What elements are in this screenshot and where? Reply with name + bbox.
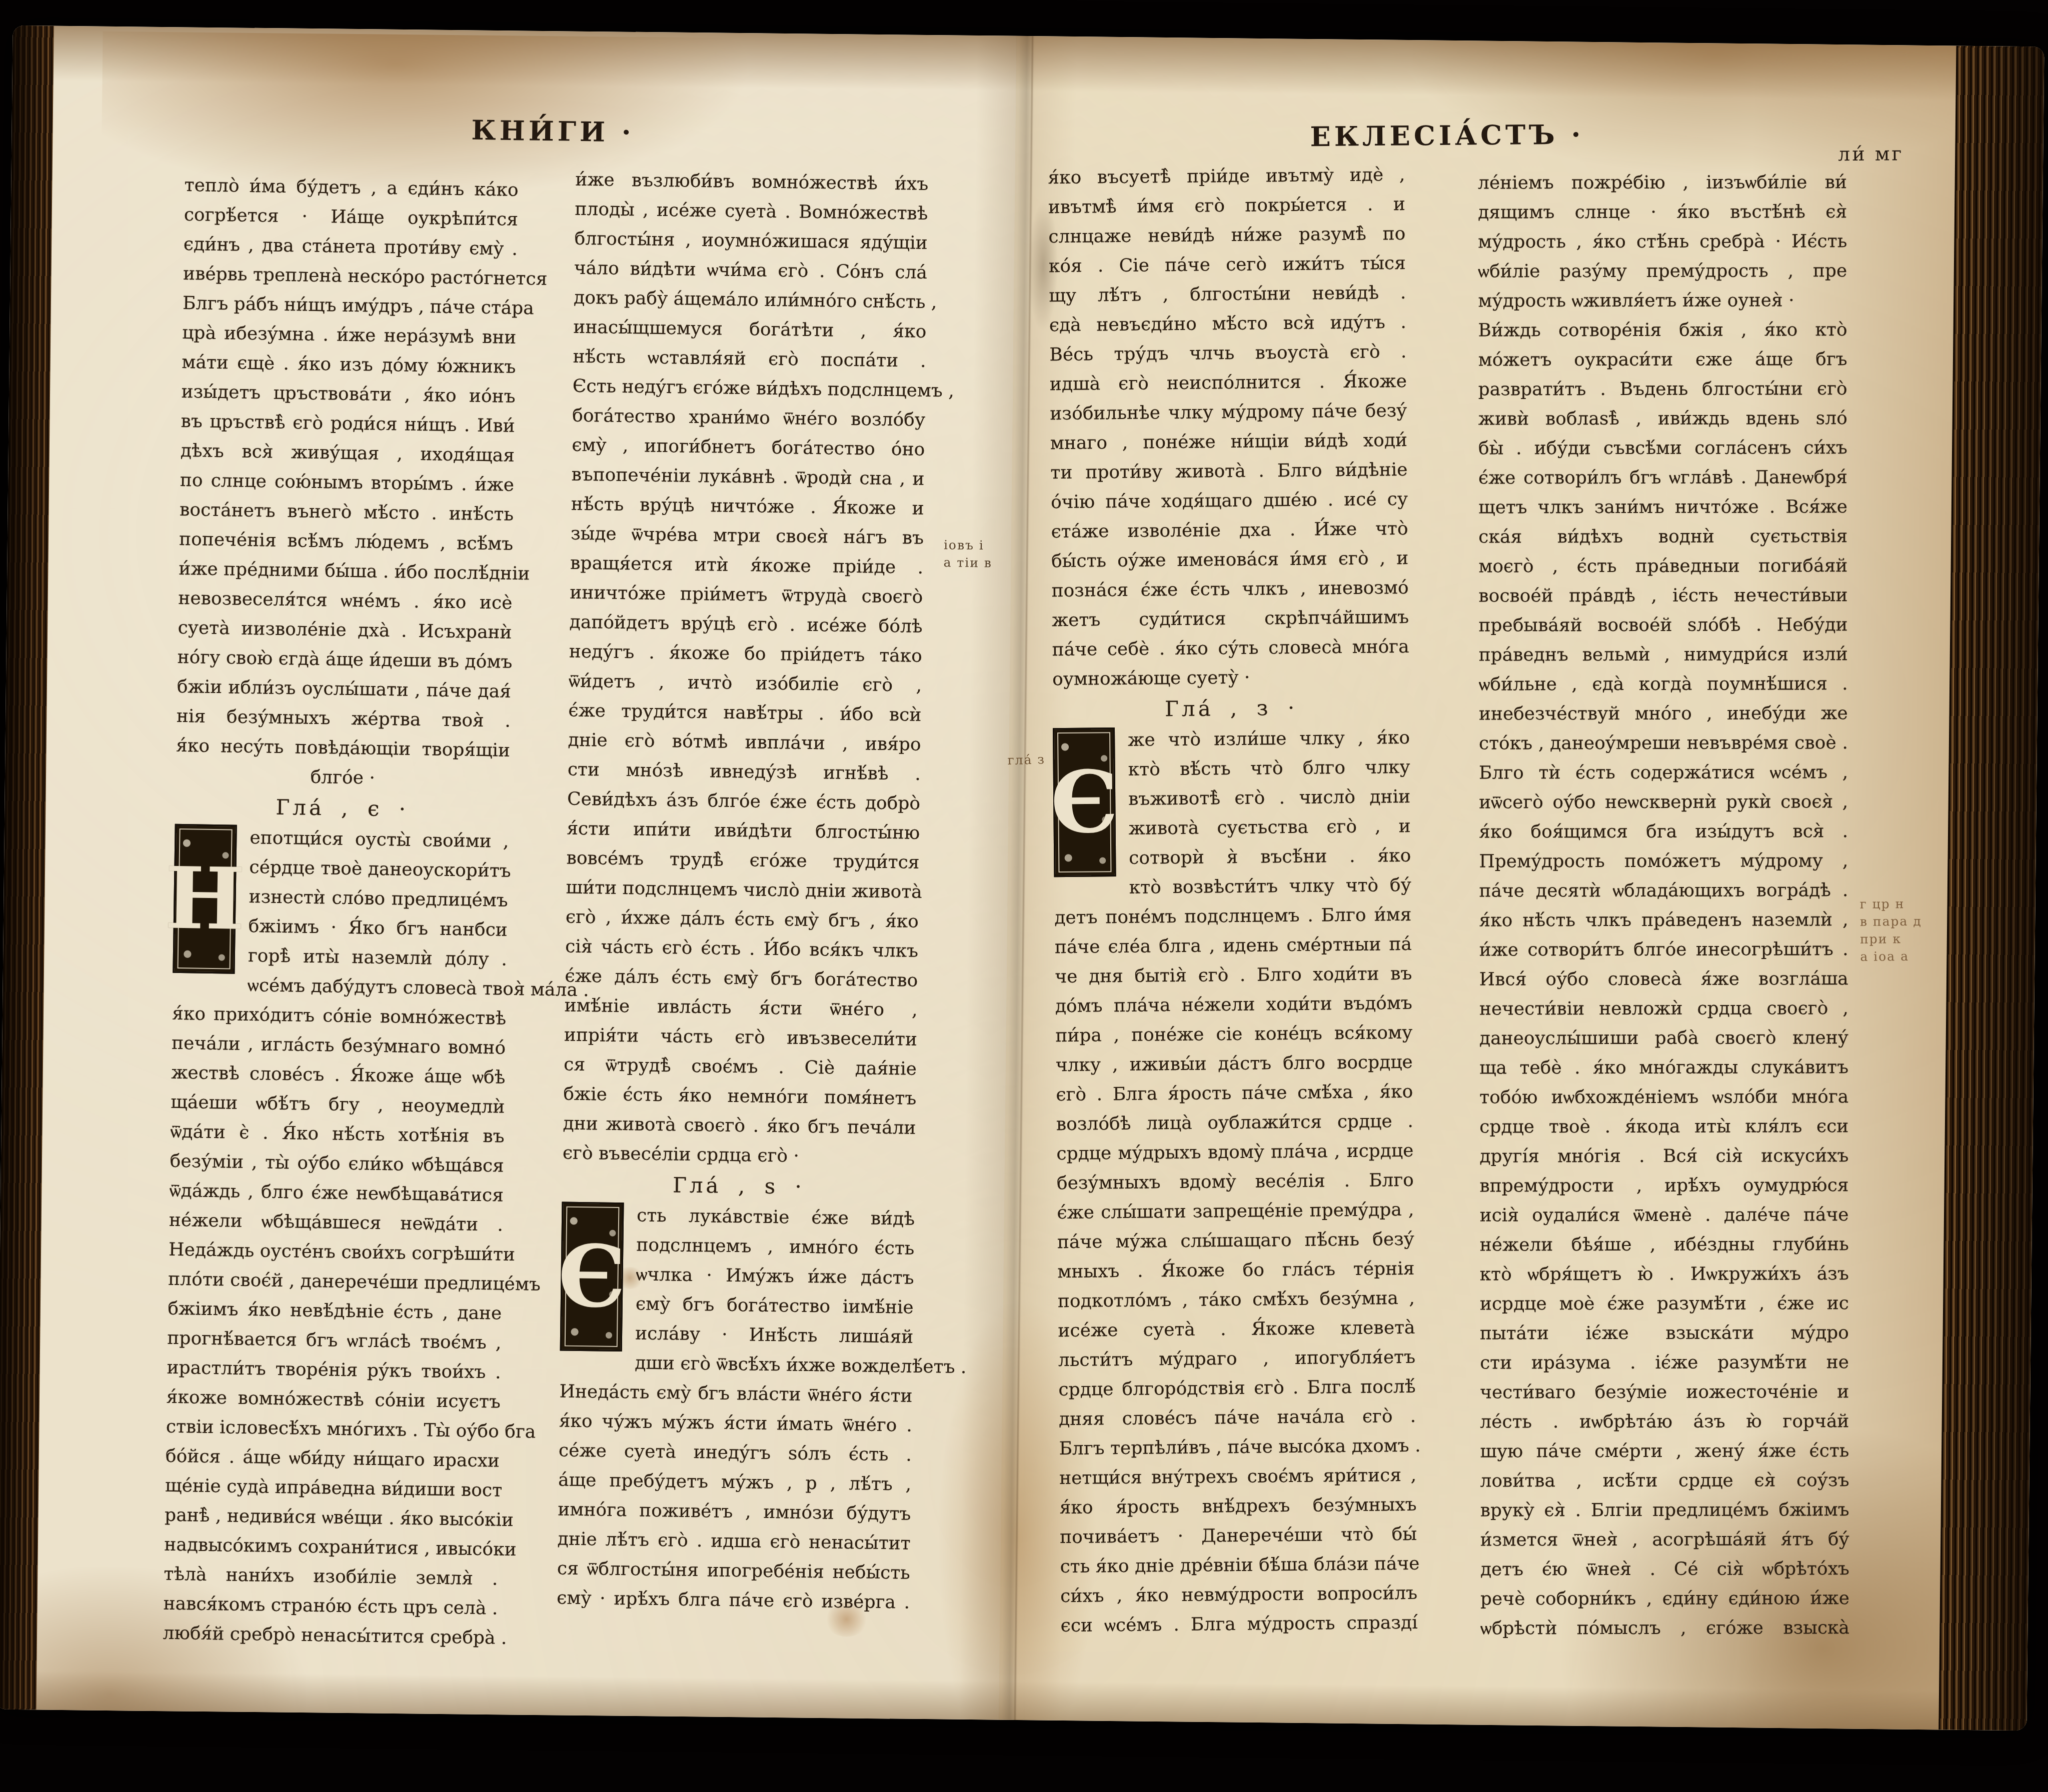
text-line: печа́ли , игла́сть безу́мнаго вомно́: [172, 1028, 506, 1063]
margin-note-line: при к: [1860, 930, 1922, 948]
text-line: ивътмѣ̀ и́мя єго̀ покры́ется . и: [1048, 189, 1405, 222]
text-line: бжіи ибли́зъ оуслы́шати , па́че дая́: [177, 672, 511, 706]
text-line: срдце твоѐ . я́кода иты̀ кля́лъ єси: [1479, 1111, 1848, 1141]
text-line: єси ѡсе́мъ . Блга му́дрость спразді́: [1060, 1608, 1417, 1640]
text-line: я́ко я́рость внѣ́дрехъ безу́мныхъ: [1059, 1490, 1416, 1522]
text-line: ма́ти єщѐ . я́ко изъ до́му ю́жникъ: [182, 347, 516, 382]
text-line: лови́тва , исѣ́ти срдце єя̀ соу́зъ: [1480, 1465, 1849, 1495]
chapter-heading: Гла́ , з ·: [1052, 691, 1410, 726]
text-line: идша̀ єго̀ неиспо́лнится . Я́коже: [1050, 366, 1407, 399]
decorated-initial-letter: Н: [173, 824, 237, 974]
text-line: льсти́тъ му́драго , ипогубля́етъ: [1058, 1342, 1415, 1375]
text-line: плоды̀ , исе́же суета̀ . Вомно́жествѣ: [575, 194, 928, 228]
text-line: бжіе є́сть я́ко немно́ги помя́нетъ: [563, 1079, 917, 1113]
text-line: я́ко нѣ́сть члкъ пра́веденъ наземлѝ ,: [1479, 905, 1848, 935]
text-line: пыта́ти іє́же взыска́ти му́дро: [1480, 1318, 1849, 1348]
text-line: безу́мныхъ вдому̀ весе́лія . Блго: [1057, 1165, 1414, 1198]
text-line: Ився́ оу́бо словеса̀ я́же возгла́ша: [1479, 964, 1848, 994]
text-line: зы́де ѿчре́ва мтри своєя̀ на́гъ въ: [571, 519, 924, 553]
text-line: бы̀ . ибу́ди съвсѣ́ми согла́сенъ си́хъ: [1478, 433, 1847, 463]
text-line: чести́ваго безу́міе иожесточе́ніе и: [1480, 1377, 1849, 1407]
text-line: я́ко несу́ть повѣда́ющіи творя́щіи: [176, 731, 511, 765]
text-line: ѡсе́мъ дабу́дутъ словеса̀ твоя̀ ма́ла .: [173, 969, 507, 1004]
text-line: нечести́віи невложѝ срдца своєго̀ ,: [1479, 993, 1848, 1023]
text-line: любя́й сребро̀ ненасы́тится сребра̀ .: [163, 1618, 497, 1653]
text-line: не́жели ѡбѣща́вшеся неѿда́ти .: [169, 1205, 504, 1240]
text-line: безу́міи , ты̀ оу́бо єли́ко ѡбѣща́вся: [170, 1146, 504, 1181]
text-line: я́ко прихо́дитъ со́ніе вомно́жествѣ: [172, 999, 507, 1033]
text-line: имѣ́ніе ивла́сть я́сти ѿне́го ,: [564, 991, 918, 1025]
text-line: живѝ воблаѕѣ̀ , иви́ждь вдень ѕло́: [1478, 403, 1847, 433]
text-line: єди́нъ , два ста́нета проти́ву єму̀ .: [184, 229, 518, 264]
text-line: ча́ло ви́дѣти ѡчи́ма єго̀ . Со́нъ сла́: [574, 253, 928, 287]
text-line: ска́я ви́дѣхъ воднѝ суєтьствія: [1478, 521, 1847, 551]
text-line: Инеда́сть єму̀ бгъ вла́сти ѿне́го я́сти: [559, 1376, 913, 1410]
text-line: нѣ́сть вру́цѣ ничто́же . Я́коже и: [571, 489, 924, 523]
text-line: ти проти́ву живота̀ . Блго ви́дѣніе: [1050, 455, 1407, 487]
initial-letter-glyph: Є: [1054, 729, 1115, 875]
text-line: по слнце сою́нымъ вторы́мъ . и́же: [180, 465, 515, 500]
text-line: подкотло́мъ , та́ко смѣ́хъ безу́мна ,: [1058, 1283, 1415, 1316]
text-line: Севи́дѣхъ а́зъ блго́е є́же є́сть добро̀: [567, 784, 921, 818]
text-line: до́мъ пла́ча не́жели ходи́ти въдо́мъ: [1055, 988, 1412, 1021]
folio-number: ли́ мг: [1838, 142, 1903, 165]
text-line: Блго тѝ є́сть содержа́тися ѡсе́мъ ,: [1479, 757, 1848, 787]
text-line: Блгъ ра́бъ ни́щъ иму́дръ , па́че ста́ра: [183, 288, 517, 323]
text-line: є́же сотвори́лъ бгъ ѡгла́вѣ . Данеѡбря́: [1478, 462, 1847, 492]
text-line: суета̀ иизволе́ніе дха̀ . Исъхранѝ: [178, 613, 512, 647]
text-line: ко́я . Сіе па́че сего̀ ижи́тъ ты́ся: [1049, 248, 1406, 281]
text-line: Ви́ждь сотворе́нія бжія , я́ко кто̀: [1478, 315, 1847, 345]
margin-note-chapter: гла́ з: [1007, 750, 1045, 769]
text-line: другі́я мно́гія . Вся́ сія̀ искуси́хъ: [1479, 1141, 1848, 1171]
text-line: па́че му́жа слы́шащаго пѣ́снь безу́: [1057, 1224, 1414, 1257]
text-line: иѿсего̀ оу́бо неѡсквернѝ рукѝ своєя̀ ,: [1479, 787, 1848, 817]
text-line: сто́къ , данеоу́мреши невъвре́мя своѐ .: [1479, 728, 1848, 758]
text-line: пи́ра , поне́же сіе коне́цъ вся́кому: [1055, 1018, 1412, 1050]
text-line: данеоуслы́шиши раба̀ своєго̀ клену́: [1479, 1023, 1848, 1053]
text-line: разврати́тъ . Въдень блгосты́ни єго̀: [1478, 374, 1847, 404]
text-line: а́ще пребу́детъ му́жъ , р , лѣ́тъ ,: [558, 1465, 912, 1499]
text-line: я́коже вомно́жествѣ со́ніи исуєтъ: [166, 1382, 501, 1417]
text-line: тѣла̀ нани́хъ изоби́ліе земля̀ .: [164, 1559, 498, 1594]
text-line: тепло̀ и́ма бу́детъ , а єди́нъ ка́ко: [184, 170, 519, 205]
text-line: Прему́дрость помо́жетъ му́дрому ,: [1479, 846, 1848, 876]
text-line: дняя слове́съ па́че нача́ла єго̀ .: [1059, 1401, 1416, 1434]
text-line: му́дрость ѡживля́етъ и́же оунея̀ ·: [1478, 285, 1847, 315]
text-line: шую па́че сме́рти , жену́ я́же є́сть: [1480, 1436, 1849, 1466]
text-line: сти ира́зума . іє́же разумѣ́ти не: [1480, 1347, 1849, 1377]
text-line: дніе єго̀ во́тмѣ ивпла́чи , ивя́ро: [568, 725, 921, 759]
chapter-heading: Гла́ , ѕ ·: [562, 1168, 916, 1204]
text-line: ся ѿблгосты́ня ипогребе́нія небы́сть: [557, 1553, 911, 1587]
text-line: дапо́йдетъ вру́цѣ єго̀ . исе́же бо́лѣ: [569, 607, 923, 641]
text-line: Єсть неду́гъ єго́же ви́дѣхъ подслнцемъ ,: [573, 371, 926, 405]
text-line: єго̀ . Блга я́рость па́че смѣ́ха , я́ко: [1056, 1077, 1413, 1109]
text-line: жетъ суди́тися скрѣпча́йшимъ: [1052, 602, 1409, 635]
text-line: инебезче́ствуй мно́го , инебу́ди же: [1479, 698, 1848, 728]
margin-note-line: а іоа а: [1860, 947, 1922, 965]
text-line: срдце му́дрыхъ вдому̀ пла́ча , исрдце: [1056, 1136, 1413, 1168]
decorated-initial-letter: Є: [1053, 727, 1116, 877]
text-line: невозвеселя́тся ѡне́мъ . я́ко исѐ: [178, 583, 513, 618]
text-line: иничто́же пріи́метъ ѿтруда̀ своєго̀: [570, 578, 923, 612]
text-line: детъ поне́мъ подслнцемъ . Блго и́мя: [1054, 900, 1411, 932]
text-line: пло́ти своє́й , данерече́ши предлице́мъ: [168, 1264, 503, 1299]
text-line: є́же да́лъ є́сть єму̀ бгъ бога́тество: [565, 961, 918, 995]
running-head-right: ЕКЛЕСІА́СТЪ ·: [1310, 118, 1584, 152]
text-line: єго̀ , и́хже да́лъ є́сть єму̀ бгъ , я́ко: [566, 902, 919, 936]
text-line: изы́детъ цръствова́ти , я́ко ио́нъ: [181, 377, 516, 411]
text-line: впрему́дрости , ирѣ́хъ оумудрю́ся: [1479, 1170, 1848, 1200]
text-line: имно́га поживе́тъ , имно́зи бу́дутъ: [558, 1494, 911, 1528]
text-line: воста́нетъ вънего̀ мѣ́сто . инѣ́сть: [180, 495, 514, 529]
text-line: въ цръствѣ̀ єго̀ роди́ся ни́щъ . Иви́: [181, 406, 515, 441]
text-line: дши єго̀ ѿвсѣ́хъ и́хже вожделѣ́етъ .: [560, 1347, 913, 1381]
text-line: ще́ніе суда̀ ипра́ведна ви́диши вост: [165, 1471, 500, 1505]
text-line: о́чію па́че ходя́щаго дше́ю . исе́ су: [1051, 484, 1408, 517]
text-line: вращя́ется итѝ я́коже пріи́де .: [570, 548, 924, 582]
text-line: согрѣ́ется · Иа́ще оукрѣпи́тся: [184, 200, 518, 234]
text-line: члку , иживы́и да́стъ блго восрдце: [1056, 1047, 1413, 1080]
text-line: блго́е ·: [176, 760, 510, 795]
text-line: дніе лѣ́тъ єго̀ . идша єго̀ ненасы́тит: [557, 1524, 911, 1558]
text-line: цра̀ ибезу́мна . и́же нера́зумѣ вни: [182, 318, 517, 352]
margin-note-line: а тіи в: [943, 553, 992, 571]
text-line: ѡби́льне , єда̀ когда̀ поумнѣ́шися .: [1479, 669, 1848, 699]
text-line: па́че десятѝ ѡблада́ющихъ вогра́дѣ .: [1479, 875, 1848, 905]
text-column-2: и́же възлюби́въ вомно́жествѣ и́хъплоды̀ …: [557, 165, 929, 1617]
text-line: детъ є́ю ѿнея̀ . Се́ сія̀ ѡбрѣто́хъ: [1480, 1554, 1849, 1584]
text-line: неду́гъ . я́коже бо пріи́детъ та́ко: [569, 637, 923, 671]
photo-of-open-book: { "palette":{ "background":"#040202", "p…: [0, 0, 2048, 1792]
text-line: є́же труди́тся навѣ́тры . и́бо всѝ: [568, 696, 922, 730]
text-line: я́ко боя́щимся бга изы́дутъ вся̀ .: [1479, 816, 1848, 846]
text-line: є́же слы́шати запреще́ніе прему́дра ,: [1057, 1195, 1414, 1227]
text-line: оумножа́юще суету̀ ·: [1052, 661, 1409, 694]
text-line: па́че єле́а блга , идень сме́ртныи па́: [1055, 929, 1412, 962]
text-line: докъ рабу̀ а́щема́ло или́мно́го снѣ́сть …: [574, 283, 927, 317]
text-line: дѣхъ вся̀ живу́щая , иходя́щая: [180, 436, 515, 470]
text-line: сія̀ ча́сть єго̀ є́сть . И́бо вся́къ члк…: [565, 932, 919, 966]
paragraph-with-initial: Єже что̀ изли́ше члку , я́кокто̀ вѣ́сть …: [1053, 723, 1411, 873]
text-line: сти мно́зѣ ивнеду́зѣ игнѣ́вѣ .: [567, 755, 921, 789]
paragraph-with-initial: Єсть лука́вствіе є́же ви́дѣподслнцемъ , …: [560, 1200, 915, 1352]
fore-edge-page-stack: [1938, 46, 2044, 1731]
text-line: ши́ти подслнцемъ число̀ дніи живота̀: [566, 873, 919, 907]
text-line: и́же възлюби́въ вомно́жествѣ и́хъ: [575, 165, 929, 199]
text-line: возло́бѣ лица̀ оублажи́тся срдце .: [1056, 1106, 1413, 1139]
margin-note-line: в пара д: [1860, 912, 1922, 930]
text-line: и́же сотвори́тъ блго́е инесогрѣши́тъ .: [1479, 934, 1848, 964]
initial-letter-glyph: Н: [174, 825, 235, 972]
text-line: ле́сть . иѡбрѣта́ю а́зъ ю̀ горча́й: [1480, 1406, 1849, 1436]
text-line: єта́же изволе́ніе дха . И́же что̀: [1051, 514, 1408, 546]
text-line: бога́тество храни́мо ѿне́го возло́бу: [572, 401, 926, 435]
margin-note-references: г цр нв пара дпри ка іоа а: [1860, 895, 1922, 965]
text-line: моєго̀ , є́сть пра́ведныи погиба́яй: [1478, 551, 1847, 581]
text-line: изо́бильнѣе члку му́дрому па́че безу́: [1050, 396, 1407, 428]
margin-note-line: іовъ і: [944, 536, 993, 554]
text-line: блгосты́ня , иоумно́жишася яду́щіи: [574, 224, 928, 258]
text-line: речѐ соборни́къ , єди́ну єди́ною и́же: [1480, 1583, 1849, 1613]
text-line: ѿи́детъ , ичто̀ изо́биліе єго̀ ,: [569, 666, 922, 700]
text-column-3: я́ко въсуетѣ̀ пріи́де ивътму̀ идѐ ,ивътм…: [1048, 160, 1418, 1640]
text-line: ле́ніемъ пожре́бію , іизъѡби́ліе ви́: [1478, 167, 1847, 197]
text-line: нетщи́ся вну́трехъ своє́мъ яри́тися ,: [1059, 1460, 1416, 1493]
text-line: вовсе́мъ трудѣ̀ єго́же труди́тся: [566, 843, 920, 877]
text-line: бы́сть оу́же именова́ся и́мя єго̀ , и: [1051, 543, 1408, 576]
text-line: я́ко чу́жъ му́жъ я́сти и́мать ѿне́го .: [559, 1406, 912, 1440]
text-line: дни живота̀ своєго̀ . я́ко бгъ печа́ли: [563, 1109, 916, 1143]
text-line: срдце блгоро́дствія єго̀ . Блга послѣ́: [1058, 1372, 1415, 1404]
text-line: бжіимъ я́ко невѣ́дѣніе є́сть , дане: [168, 1294, 502, 1328]
text-line: ѡби́ліе разу́му прему́дрость , пре: [1478, 256, 1847, 286]
text-line: и́же пре́дними бы́ша . и́бо послѣ́дніи: [179, 554, 513, 588]
text-line: ща́еши ѡбѣ́тъ бгу , неоумедлѝ: [171, 1087, 505, 1122]
open-book: КНИ́ГИ · ЕКЛЕСІА́СТЪ · ли́ мг тепло̀ и́м…: [0, 25, 2044, 1730]
text-line: ствіи ісловесѣ́хъ мно́гихъ . Ты̀ оу́бо б…: [166, 1412, 500, 1446]
text-line: Неда́ждь оусте́нъ свои́хъ согрѣши́ти: [169, 1235, 503, 1269]
text-line: мныхъ . Я́коже бо гла́съ те́рнія: [1057, 1254, 1414, 1286]
text-line: кто̀ ѡбря́щетъ ю̀ . Иѡкружи́хъ а́зъ: [1480, 1259, 1849, 1289]
text-line: не́жели бѣя́ше , ибе́здны глуби́нь: [1480, 1229, 1849, 1259]
text-line: па́че себѐ . я́ко су́ть словеса̀ мно́га: [1052, 632, 1409, 664]
text-line: прогнѣ́вается бгъ ѡгла́сѣ твоє́мъ ,: [167, 1323, 502, 1358]
text-line: почива́етъ · Данерече́ши что̀ бы́: [1060, 1519, 1417, 1552]
text-line: нія безу́мныхъ же́ртва твоя̀ .: [177, 701, 511, 736]
text-line: сть я́ко дніе дре́вніи бѣ́ша бла́зи па́ч…: [1060, 1549, 1417, 1581]
text-line: бо́йся . а́ще ѡби́ду ни́щаго ирасхи: [166, 1441, 500, 1476]
chapter-heading: Гла́ , є ·: [175, 790, 510, 827]
text-line: позна́ся є́же є́сть члкъ , иневозмо́: [1051, 573, 1408, 605]
text-line: инасы́щшемуся бога́тѣти , я́ко: [573, 312, 927, 346]
text-line: єму̀ , ипоги́бнетъ бога́тество о́но: [572, 430, 925, 464]
text-column-4: ле́ніемъ пожре́бію , іизъѡби́ліе ви́дящи…: [1478, 167, 1849, 1643]
text-line: ѡбрѣстѝ по́мыслъ , єго́же взыска̀: [1480, 1613, 1849, 1643]
text-line: тобо́ю иѡбхожде́ніемъ ѡѕло́би мно́га: [1479, 1082, 1848, 1112]
text-line: исія̀ оудали́ся ѿменѐ . дале́че па́че: [1480, 1200, 1849, 1230]
text-line: жествѣ слове́съ . Я́коже а́ще ѡбѣ: [171, 1058, 506, 1092]
text-line: и́змется ѿнея̀ , асогрѣша́яй я́тъ бу́: [1480, 1524, 1849, 1554]
margin-note-reference: іовъ іа тіи в: [943, 536, 992, 571]
paragraph-with-initial: Непотщи́ся оусты̀ свои́ми ,се́рдце твоѐ …: [173, 822, 509, 974]
text-line: се́же суета̀ инеду́гъ ѕо́лъ є́сть .: [559, 1435, 912, 1469]
text-line: му́дрость , я́ко стѣ́нь сребра̀ · Иє́сть: [1478, 226, 1847, 256]
text-line: че дня бытія̀ єго̀ . Блго ходи́ти въ: [1055, 959, 1412, 991]
text-line: надвысо́кимъ сохрани́тися , ивысо́ки: [164, 1530, 499, 1564]
text-line: ирастли́тъ творе́нія ру́къ твои́хъ .: [167, 1353, 501, 1387]
text-line: ѿда́ти є̀ . Я́ко нѣ́сть хотѣ́нія въ: [170, 1117, 505, 1151]
text-line: но́гу свою̀ єгда̀ а́ще и́деши въ до́мъ: [177, 642, 512, 677]
text-line: исрдце моѐ є́же разумѣ́ти , є́же ис: [1480, 1288, 1849, 1318]
text-line: єго̀ въвесе́ліи срдца єго̀ ·: [562, 1138, 916, 1172]
text-line: Ве́сь тру́дъ члчь въоуста̀ єго̀ .: [1049, 337, 1406, 369]
text-line: я́ко въсуетѣ̀ пріи́де ивътму̀ идѐ ,: [1048, 160, 1405, 192]
text-line: ранѣ̀ , недиви́ся ѡве́щи . я́ко высо́кіи: [165, 1500, 499, 1535]
text-line: єда̀ невъєди́но мѣ́сто вся̀ иду́тъ .: [1049, 307, 1406, 340]
text-line: ѿда́ждь , блго є́же неѡбѣщава́тися: [169, 1176, 504, 1210]
text-line: нався́комъ страно́ю є́сть цръ села̀ .: [163, 1589, 498, 1623]
text-line: дящимъ слнце · я́ко въстѣ́нѣ єя̀: [1478, 197, 1847, 227]
text-column-1: тепло̀ и́ма бу́детъ , а єди́нъ ка́косогр…: [163, 170, 519, 1653]
text-line: пребыва́яй восвое́й ѕло́бѣ . Небу́ди: [1479, 610, 1848, 640]
text-line: щетъ члкъ зани́мъ ничто́же . Вся́же: [1478, 492, 1847, 522]
text-line: иве́рвь треплена̀ неско́ро расто́гнется: [183, 259, 518, 293]
text-line: въпопече́ніи лука́внѣ . ѿродѝ сна , и: [571, 460, 925, 494]
decorated-initial-letter: Є: [560, 1202, 624, 1352]
text-line: ся ѿтрудѣ̀ своє́мъ . Сіѐ дая́ніе: [564, 1050, 917, 1084]
text-line: ща тебѐ . я́ко мно́гажды слука́витъ: [1479, 1052, 1848, 1082]
text-line: вруку̀ єя̀ . Блгіи предлице́мъ бжіимъ: [1480, 1495, 1849, 1525]
text-line: мо́жетъ оукраси́ти єже а́ще бгъ: [1478, 344, 1847, 374]
initial-letter-glyph: Є: [562, 1203, 623, 1350]
text-line: щу лѣ́тъ , блгосты́ни неви́дѣ .: [1049, 278, 1406, 310]
text-line: ипрія́ти ча́сть єго̀ ивъзвесели́ти: [564, 1020, 918, 1054]
text-line: восвое́й пра́вдѣ , іє́сть нечести́выи: [1478, 580, 1847, 610]
text-line: слнцаже неви́дѣ ни́же разумѣ̀ по: [1048, 219, 1405, 251]
text-line: си́хъ , я́ко невму́дрости вопроси́лъ: [1060, 1578, 1417, 1611]
text-line: пра́веднъ вельмѝ , нимудри́ся изли́: [1479, 639, 1848, 669]
text-line: мнаго , поне́же ни́щіи ви́дѣ ходи́: [1050, 425, 1407, 458]
text-line: исе́же суета̀ . Я́коже клевета̀: [1058, 1313, 1415, 1345]
margin-note-line: г цр н: [1860, 895, 1922, 913]
text-line: я́сти ипи́ти иви́дѣти блгосты́ню: [567, 814, 920, 848]
text-line: єму̀ · ирѣ́хъ блга па́че єго̀ изве́рга .: [557, 1583, 910, 1617]
text-line: попече́нія всѣ́мъ лю́демъ , всѣ́мъ: [179, 524, 514, 559]
text-line: нѣ́сть ѡставля́яй єго̀ поспа́ти .: [573, 342, 926, 376]
text-line: Блгъ терпѣли́въ , па́че высо́ка дхомъ .: [1059, 1431, 1416, 1463]
